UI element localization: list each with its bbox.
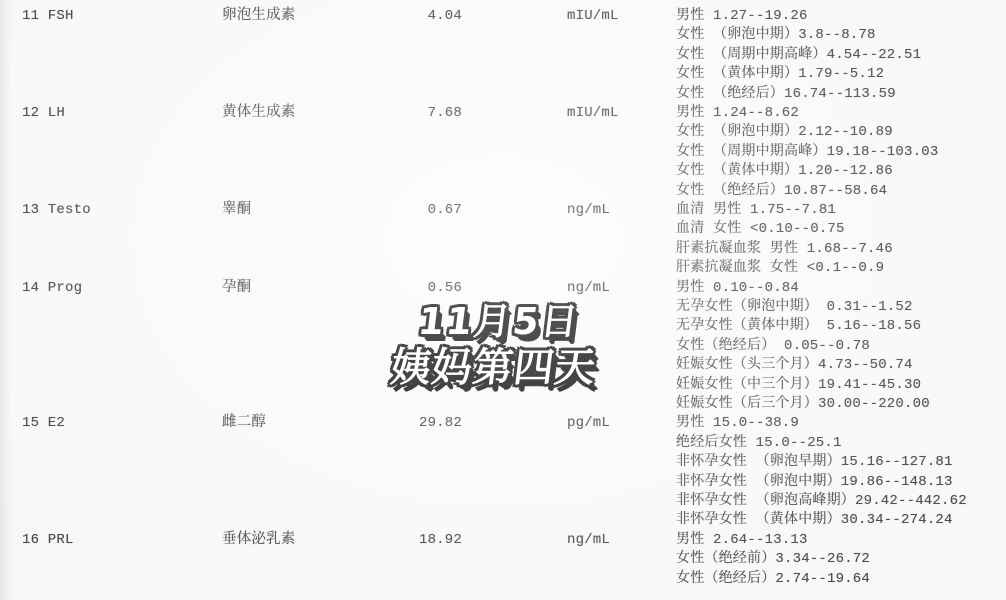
lab-report-photo: 11 FSH 卵泡生成素 4.04 mIU/mL 男性 1.27--19.26女… xyxy=(0,0,1006,600)
test-unit: ng/mL xyxy=(567,279,610,298)
table-row: 12 LH 黄体生成素 7.68 mIU/mL 男性 1.24--8.62女性 … xyxy=(0,104,1006,201)
test-code: 13 Testo xyxy=(22,201,91,220)
test-unit: mIU/mL xyxy=(567,7,619,26)
test-code: 16 PRL xyxy=(22,531,74,550)
reference-range-line: 男性 1.24--8.62 xyxy=(676,104,1004,123)
reference-range-line: 妊娠女性（头三个月）4.73--50.74 xyxy=(676,356,1004,375)
test-name-chinese: 黄体生成素 xyxy=(222,104,296,123)
test-result-value: 0.67 xyxy=(402,201,462,220)
reference-range-line: 女性 （卵泡中期）2.12--10.89 xyxy=(676,123,1004,142)
test-unit: ng/mL xyxy=(567,531,610,550)
reference-range-line: 非怀孕女性 （卵泡高峰期）29.42--442.62 xyxy=(676,492,1004,511)
reference-range-line: 男性 15.0--38.9 xyxy=(676,414,1004,433)
reference-range-line: 男性 1.27--19.26 xyxy=(676,7,1004,26)
test-result-value: 7.68 xyxy=(402,104,462,123)
reference-range-line: 绝经后女性 15.0--25.1 xyxy=(676,434,1004,453)
reference-range-line: 女性（绝经后）2.74--19.64 xyxy=(676,570,1004,589)
test-unit: mIU/mL xyxy=(567,104,619,123)
test-name-chinese: 雌二醇 xyxy=(222,414,266,433)
reference-range-line: 非怀孕女性 （卵泡中期）19.86--148.13 xyxy=(676,473,1004,492)
reference-range-line: 女性 （周期中期高峰）19.18--103.03 xyxy=(676,143,1004,162)
reference-range-line: 女性（绝经后） 0.05--0.78 xyxy=(676,337,1004,356)
test-code: 11 FSH xyxy=(22,7,74,26)
reference-range-line: 无孕女性（黄体中期） 5.16--18.56 xyxy=(676,317,1004,336)
test-result-value: 0.56 xyxy=(402,279,462,298)
reference-range-line: 女性 （黄体中期）1.20--12.86 xyxy=(676,162,1004,181)
test-result-value: 29.82 xyxy=(402,414,462,433)
reference-range-line: 女性（绝经前）3.34--26.72 xyxy=(676,550,1004,569)
reference-range-line: 无孕女性（卵泡中期） 0.31--1.52 xyxy=(676,298,1004,317)
table-row: 16 PRL 垂体泌乳素 18.92 ng/mL 男性 2.64--13.13女… xyxy=(0,531,1006,589)
test-code: 15 E2 xyxy=(22,414,65,433)
reference-range-list: 男性 15.0--38.9绝经后女性 15.0--25.1非怀孕女性 （卵泡早期… xyxy=(676,414,1004,530)
reference-range-line: 男性 2.64--13.13 xyxy=(676,531,1004,550)
reference-range-line: 男性 0.10--0.84 xyxy=(676,279,1004,298)
reference-range-line: 女性 （绝经后）16.74--113.59 xyxy=(676,85,1004,104)
test-code: 12 LH xyxy=(22,104,65,123)
reference-range-line: 血清 男性 1.75--7.81 xyxy=(676,201,1004,220)
table-row: 11 FSH 卵泡生成素 4.04 mIU/mL 男性 1.27--19.26女… xyxy=(0,7,1006,104)
reference-range-line: 非怀孕女性 （卵泡早期）15.16--127.81 xyxy=(676,453,1004,472)
table-row: 13 Testo 睾酮 0.67 ng/mL 血清 男性 1.75--7.81血… xyxy=(0,201,1006,279)
hormone-results-table: 11 FSH 卵泡生成素 4.04 mIU/mL 男性 1.27--19.26女… xyxy=(0,7,1006,589)
test-result-value: 18.92 xyxy=(402,531,462,550)
reference-range-list: 男性 1.24--8.62女性 （卵泡中期）2.12--10.89女性 （周期中… xyxy=(676,104,1004,201)
reference-range-line: 肝素抗凝血浆 女性 <0.1--0.9 xyxy=(676,259,1004,278)
reference-range-line: 肝素抗凝血浆 男性 1.68--7.46 xyxy=(676,240,1004,259)
reference-range-line: 女性 （黄体中期）1.79--5.12 xyxy=(676,65,1004,84)
test-name-chinese: 睾酮 xyxy=(222,201,251,220)
test-unit: pg/mL xyxy=(567,414,610,433)
test-code: 14 Prog xyxy=(22,279,82,298)
test-name-chinese: 垂体泌乳素 xyxy=(222,531,296,550)
test-result-value: 4.04 xyxy=(402,7,462,26)
table-row: 14 Prog 孕酮 0.56 ng/mL 男性 0.10--0.84无孕女性（… xyxy=(0,279,1006,415)
reference-range-line: 妊娠女性（后三个月）30.00--220.00 xyxy=(676,395,1004,414)
reference-range-list: 男性 0.10--0.84无孕女性（卵泡中期） 0.31--1.52无孕女性（黄… xyxy=(676,279,1004,415)
test-name-chinese: 孕酮 xyxy=(222,279,251,298)
test-unit: ng/mL xyxy=(567,201,610,220)
test-name-chinese: 卵泡生成素 xyxy=(222,7,296,26)
reference-range-line: 妊娠女性（中三个月）19.41--45.30 xyxy=(676,376,1004,395)
reference-range-list: 男性 2.64--13.13女性（绝经前）3.34--26.72女性（绝经后）2… xyxy=(676,531,1004,589)
reference-range-list: 男性 1.27--19.26女性 （卵泡中期）3.8--8.78女性 （周期中期… xyxy=(676,7,1004,104)
reference-range-list: 血清 男性 1.75--7.81血清 女性 <0.10--0.75肝素抗凝血浆 … xyxy=(676,201,1004,279)
reference-range-line: 女性 （卵泡中期）3.8--8.78 xyxy=(676,26,1004,45)
reference-range-line: 女性 （周期中期高峰）4.54--22.51 xyxy=(676,46,1004,65)
table-row: 15 E2 雌二醇 29.82 pg/mL 男性 15.0--38.9绝经后女性… xyxy=(0,414,1006,530)
reference-range-line: 血清 女性 <0.10--0.75 xyxy=(676,220,1004,239)
reference-range-line: 非怀孕女性 （黄体中期）30.34--274.24 xyxy=(676,511,1004,530)
reference-range-line: 女性 （绝经后）10.87--58.64 xyxy=(676,182,1004,201)
